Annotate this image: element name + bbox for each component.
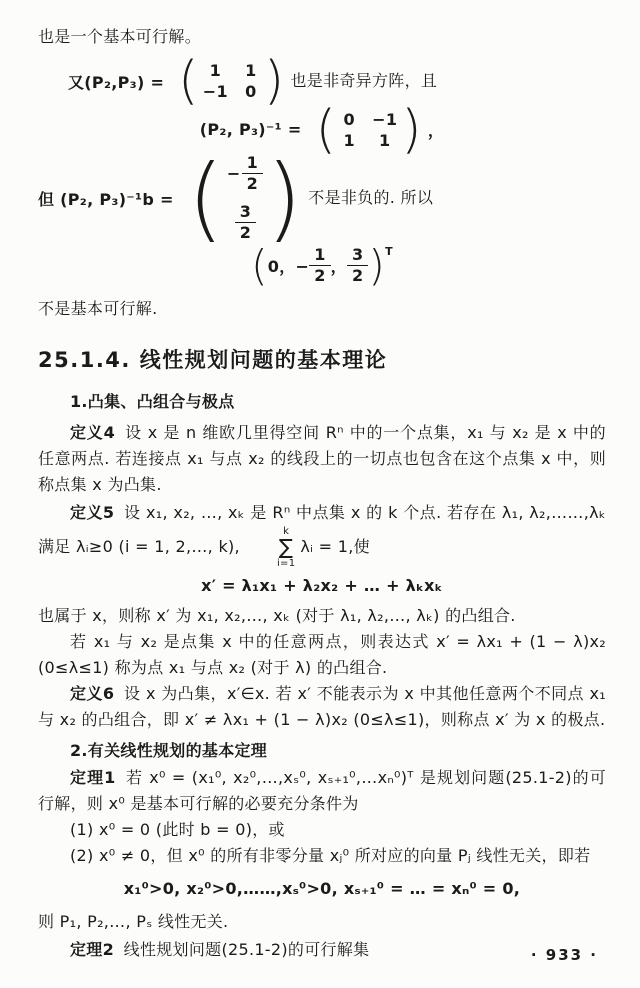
paragraph-definition-5: 定义5设 x₁, x₂, …, xₖ 是 Rⁿ 中点集 x 的 k 个点. 若存… — [38, 500, 606, 569]
equation-suffix: 也是非奇异方阵，且 — [290, 68, 437, 94]
fraction-stack: 3 2 — [235, 202, 256, 243]
matrix-cell: 1 — [372, 131, 397, 150]
numerator: 3 — [235, 202, 256, 222]
denominator: 2 — [347, 265, 368, 286]
paragraph-two-point-combination: 若 x₁ 与 x₂ 是点集 x 中的任意两点，则表达式 x′ = λx₁ + (… — [38, 629, 606, 681]
equation-lhs: (P₂, P₃)⁻¹ = — [200, 120, 302, 139]
numerator: 1 — [309, 245, 330, 265]
matrix-2x2: ( 1 1 −1 0 ) — [178, 60, 284, 103]
theorem-1-condition-1: (1) x⁰ = 0 (此时 b = 0)，或 — [70, 817, 606, 843]
paragraph-theorem-1: 定理1若 x⁰ = (x₁⁰, x₂⁰,…,xₛ⁰, xₛ₊₁⁰,…xₙ⁰)ᵀ … — [38, 765, 606, 817]
matrix-cell: −1 — [203, 82, 228, 101]
theorem-text: 若 x⁰ = (x₁⁰, x₂⁰,…,xₛ⁰, xₛ₊₁⁰,…xₙ⁰)ᵀ 是规划… — [38, 768, 606, 813]
paragraph-definition-4: 定义4设 x 是 n 维欧几里得空间 Rⁿ 中的一个点集，x₁ 与 x₂ 是 x… — [38, 420, 606, 498]
equation-suffix: ， — [428, 118, 444, 141]
equation-transpose-vector: ( 0，− 1 2 ， 3 2 ) T — [38, 245, 606, 286]
left-paren: ( — [316, 109, 337, 152]
matrix-cell: 1 — [242, 61, 260, 80]
fraction-stack: 3 2 — [347, 245, 368, 286]
right-paren: ) — [264, 60, 285, 103]
definition-text: 设 x 为凸集，x′∈x. 若 x′ 不能表示为 x 中其他任意两个不同点 x₁… — [38, 684, 606, 729]
left-paren: ( — [251, 249, 268, 283]
paragraph-definition-5-continued: 也属于 x，则称 x′ 为 x₁, x₂,…, xₖ (对于 λ₁, λ₂,…,… — [38, 603, 606, 629]
page-number: · 933 · — [531, 946, 598, 964]
subheading-convex-sets: 1.凸集、凸组合与极点 — [70, 390, 606, 414]
scanned-book-page: 也是一个基本可行解。 又(P₂,P₃) = ( 1 1 −1 0 ) 也是非奇异… — [0, 0, 640, 988]
fraction: 3 2 — [234, 202, 256, 243]
vector-text: ， — [331, 254, 347, 277]
matrix-cells: 0 −1 1 1 — [336, 110, 401, 150]
theorem-label: 定理1 — [70, 768, 116, 787]
theorem-text: 线性规划问题(25.1-2)的可行解集 — [124, 940, 370, 959]
sigma-icon: ∑ — [247, 537, 293, 558]
definition-label: 定义5 — [70, 503, 114, 522]
equation-inverse-matrix: (P₂, P₃)⁻¹ = ( 0 −1 1 1 ) ， — [38, 109, 606, 152]
paragraph-theorem-2: 定理2线性规划问题(25.1-2)的可行解集 — [38, 937, 606, 963]
summation-symbol: k∑i=1 — [245, 526, 295, 569]
denominator: 2 — [309, 265, 330, 286]
fraction: 1 2 — [309, 245, 330, 286]
matrix-cell: 1 — [340, 131, 358, 150]
minus-sign: − — [227, 164, 241, 183]
equation-inverse-times-b: 但 (P₂, P₃)⁻¹b = ( − 1 2 3 2 — [38, 153, 606, 243]
left-paren: ( — [178, 60, 199, 103]
matrix-cell: 1 — [203, 61, 228, 80]
vector-text: 0，− — [268, 254, 309, 277]
equation-nonzero-components: x₁⁰>0, x₂⁰>0,……,xₛ⁰>0, xₛ₊₁⁰ = … = xₙ⁰ =… — [38, 875, 606, 903]
numerator: 3 — [347, 245, 368, 265]
paragraph-theorem-1-conclusion: 则 P₁, P₂,…, Pₛ 线性无关. — [38, 909, 606, 935]
sum-lower-limit: i=1 — [245, 558, 295, 569]
equation-lhs: 又(P₂,P₃) = — [68, 70, 164, 93]
definition-label: 定义6 — [70, 684, 114, 703]
fraction: − 1 2 — [227, 153, 263, 194]
matrix-cells: 1 1 −1 0 — [199, 61, 264, 101]
transpose-superscript: T — [385, 245, 393, 258]
right-paren: ) — [266, 161, 302, 236]
equation-suffix: 不是非负的. 所以 — [308, 185, 433, 211]
definition-text: 设 x 是 n 维欧几里得空间 Rⁿ 中的一个点集，x₁ 与 x₂ 是 x 中的… — [38, 423, 606, 494]
matrix-cell: −1 — [372, 110, 397, 129]
theorem-1-condition-2: (2) x⁰ ≠ 0，但 x⁰ 的所有非零分量 xⱼ⁰ 所对应的向量 Pⱼ 线性… — [70, 843, 606, 869]
subheading-basic-theorems: 2.有关线性规划的基本定理 — [70, 739, 606, 763]
equation-convex-combination: x′ = λ₁x₁ + λ₂x₂ + … + λₖxₖ — [38, 572, 606, 600]
equation-lhs: 但 (P₂, P₃)⁻¹b = — [38, 187, 174, 210]
fraction-stack: 1 2 — [242, 153, 263, 194]
matrix-cell: 0 — [242, 82, 260, 101]
paragraph-not-feasible: 不是基本可行解. — [38, 296, 606, 322]
theorem-label: 定理2 — [70, 940, 114, 959]
equation-nonsingular-matrix: 又(P₂,P₃) = ( 1 1 −1 0 ) 也是非奇异方阵，且 — [68, 60, 606, 103]
section-heading: 25.1.4. 线性规划问题的基本理论 — [38, 344, 606, 374]
fraction: 3 2 — [347, 245, 368, 286]
denominator: 2 — [242, 173, 263, 194]
vector-cells: − 1 2 3 2 — [224, 153, 266, 243]
numerator: 1 — [242, 153, 263, 173]
fraction-stack: 1 2 — [309, 245, 330, 286]
right-paren: ) — [368, 249, 385, 283]
paragraph-intro: 也是一个基本可行解。 — [38, 24, 606, 50]
left-paren: ( — [188, 161, 224, 236]
matrix-2x2: ( 0 −1 1 1 ) — [316, 109, 422, 152]
right-paren: ) — [401, 109, 422, 152]
definition-label: 定义4 — [70, 423, 115, 442]
matrix-cell: 0 — [340, 110, 358, 129]
paragraph-definition-6: 定义6设 x 为凸集，x′∈x. 若 x′ 不能表示为 x 中其他任意两个不同点… — [38, 681, 606, 733]
column-vector: ( − 1 2 3 2 ) — [188, 153, 303, 243]
definition-text: λᵢ = 1,使 — [300, 537, 370, 556]
